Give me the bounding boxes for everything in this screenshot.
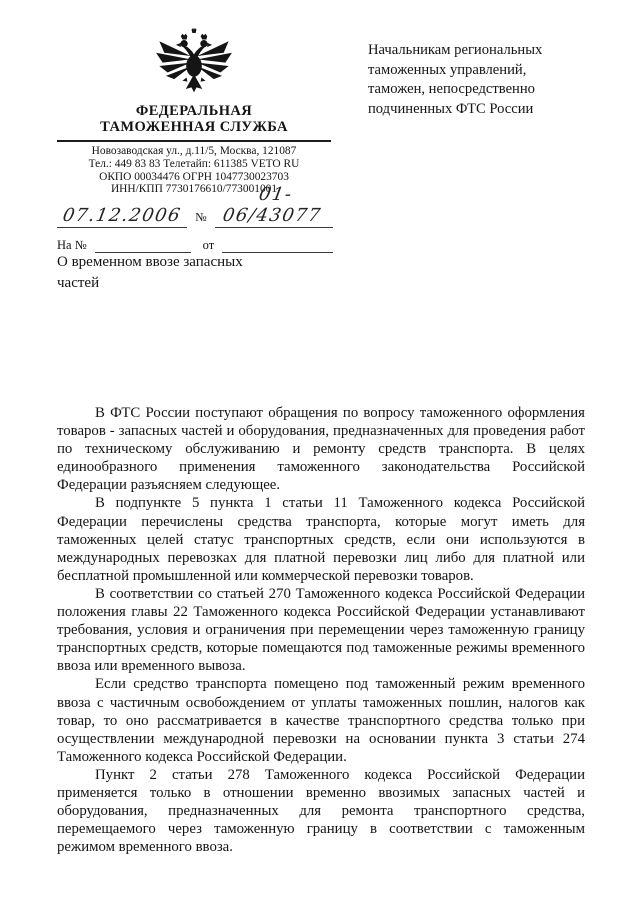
recipient-line: Начальникам региональных — [368, 41, 578, 61]
reference-block: 07.12.2006 № 01-06/43077 На № от — [57, 184, 333, 253]
okpo-ogrn-line: ОКПО 00034476 ОГРН 1047730023703 — [57, 171, 331, 184]
body-paragraph: Пункт 2 статьи 278 Таможенного кодекса Р… — [57, 766, 585, 856]
document-date-field: 07.12.2006 — [57, 205, 187, 228]
subject-line: О временном ввозе запасных частей — [57, 252, 357, 294]
coat-of-arms-eagle-icon — [152, 28, 236, 99]
recipient-block: Начальникам региональных таможенных упра… — [368, 41, 578, 119]
letter-body: В ФТС России поступают обращения по вопр… — [57, 404, 585, 856]
letterhead: ФЕДЕРАЛЬНАЯ ТАМОЖЕННАЯ СЛУЖБА Новозаводс… — [57, 28, 331, 196]
recipient-line: подчиненных ФТС России — [368, 100, 578, 120]
body-paragraph: Если средство транспорта помещено под та… — [57, 675, 585, 765]
org-name-line1: ФЕДЕРАЛЬНАЯ — [57, 103, 331, 119]
document-number-field: 01-06/43077 — [215, 184, 333, 228]
recipient-line: таможен, непосредственно — [368, 80, 578, 100]
org-name-line2: ТАМОЖЕННАЯ СЛУЖБА — [57, 119, 331, 135]
date-number-row: 07.12.2006 № 01-06/43077 — [57, 184, 333, 228]
document-page: ФЕДЕРАЛЬНАЯ ТАМОЖЕННАЯ СЛУЖБА Новозаводс… — [0, 0, 640, 900]
body-paragraph: В ФТС России поступают обращения по вопр… — [57, 404, 585, 494]
reply-from-label: от — [203, 238, 215, 253]
body-paragraph: В соответствии со статьей 270 Таможенног… — [57, 585, 585, 675]
letterhead-divider — [57, 140, 331, 142]
recipient-line: таможенных управлений, — [368, 61, 578, 81]
phone-line: Тел.: 449 83 83 Телетайп: 611385 VETO RU — [57, 158, 331, 171]
handwritten-number: 01-06/43077 — [211, 184, 336, 226]
body-paragraph: В подпункте 5 пункта 1 статьи 11 Таможен… — [57, 494, 585, 584]
reply-reference-row: На № от — [57, 235, 333, 253]
reply-number-label: На № — [57, 238, 87, 253]
address-line: Новозаводская ул., д.11/5, Москва, 12108… — [57, 145, 331, 158]
handwritten-date: 07.12.2006 — [61, 205, 183, 226]
